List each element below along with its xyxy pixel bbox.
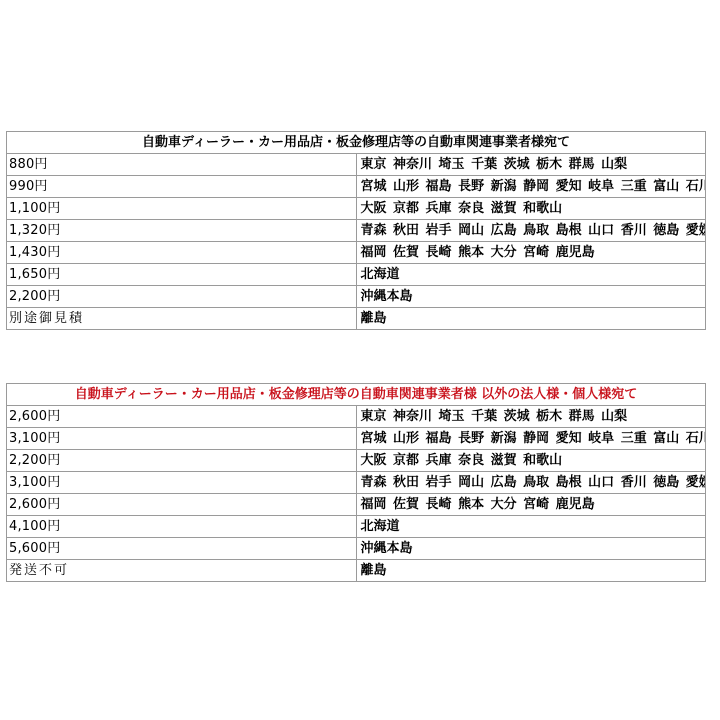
shipping-table-others: 自動車ディーラー・カー用品店・板金修理店等の自動車関連事業者様 以外の法人様・個… xyxy=(6,383,706,582)
region-list: 大阪 京都 兵庫 奈良 滋賀 和歌山 xyxy=(356,198,706,220)
shipping-price: 発送不可 xyxy=(7,560,357,582)
region-list: 青森 秋田 岩手 岡山 広島 鳥取 島根 山口 香川 徳島 愛媛 高知 xyxy=(356,220,706,242)
shipping-price: 990円 xyxy=(7,176,357,198)
shipping-price: 3,100円 xyxy=(7,428,357,450)
shipping-price: 別途御見積 xyxy=(7,308,357,330)
table-row: 1,320円 青森 秋田 岩手 岡山 広島 鳥取 島根 山口 香川 徳島 愛媛 … xyxy=(7,220,706,242)
region-list: 青森 秋田 岩手 岡山 広島 鳥取 島根 山口 香川 徳島 愛媛 高知 xyxy=(356,472,706,494)
region-list: 離島 xyxy=(356,308,706,330)
shipping-price: 880円 xyxy=(7,154,357,176)
table-title: 自動車ディーラー・カー用品店・板金修理店等の自動車関連事業者様宛て xyxy=(7,132,706,154)
shipping-price: 2,200円 xyxy=(7,286,357,308)
table-row: 2,200円 沖縄本島 xyxy=(7,286,706,308)
table-row: 2,600円 東京 神奈川 埼玉 千葉 茨城 栃木 群馬 山梨 xyxy=(7,406,706,428)
shipping-price: 1,430円 xyxy=(7,242,357,264)
shipping-price: 3,100円 xyxy=(7,472,357,494)
shipping-price: 1,100円 xyxy=(7,198,357,220)
region-list: 北海道 xyxy=(356,516,706,538)
table-row: 1,430円 福岡 佐賀 長崎 熊本 大分 宮崎 鹿児島 xyxy=(7,242,706,264)
region-list: 福岡 佐賀 長崎 熊本 大分 宮崎 鹿児島 xyxy=(356,242,706,264)
table-row: 4,100円 北海道 xyxy=(7,516,706,538)
table-row: 5,600円 沖縄本島 xyxy=(7,538,706,560)
table-title: 自動車ディーラー・カー用品店・板金修理店等の自動車関連事業者様 以外の法人様・個… xyxy=(7,384,706,406)
region-list: 北海道 xyxy=(356,264,706,286)
table-title-row: 自動車ディーラー・カー用品店・板金修理店等の自動車関連事業者様宛て xyxy=(7,132,706,154)
shipping-price: 2,600円 xyxy=(7,494,357,516)
shipping-price: 1,650円 xyxy=(7,264,357,286)
shipping-table-dealers: 自動車ディーラー・カー用品店・板金修理店等の自動車関連事業者様宛て 880円 東… xyxy=(6,131,706,330)
region-list: 沖縄本島 xyxy=(356,286,706,308)
table-row: 発送不可 離島 xyxy=(7,560,706,582)
table-row: 2,600円 福岡 佐賀 長崎 熊本 大分 宮崎 鹿児島 xyxy=(7,494,706,516)
table-row: 3,100円 青森 秋田 岩手 岡山 広島 鳥取 島根 山口 香川 徳島 愛媛 … xyxy=(7,472,706,494)
shipping-price: 2,600円 xyxy=(7,406,357,428)
table-row: 2,200円 大阪 京都 兵庫 奈良 滋賀 和歌山 xyxy=(7,450,706,472)
region-list: 福岡 佐賀 長崎 熊本 大分 宮崎 鹿児島 xyxy=(356,494,706,516)
shipping-price: 4,100円 xyxy=(7,516,357,538)
region-list: 大阪 京都 兵庫 奈良 滋賀 和歌山 xyxy=(356,450,706,472)
table-title-row: 自動車ディーラー・カー用品店・板金修理店等の自動車関連事業者様 以外の法人様・個… xyxy=(7,384,706,406)
table-row: 別途御見積 離島 xyxy=(7,308,706,330)
shipping-price: 2,200円 xyxy=(7,450,357,472)
region-list: 東京 神奈川 埼玉 千葉 茨城 栃木 群馬 山梨 xyxy=(356,406,706,428)
region-list: 離島 xyxy=(356,560,706,582)
table-row: 3,100円 宮城 山形 福島 長野 新潟 静岡 愛知 岐阜 三重 富山 石川 … xyxy=(7,428,706,450)
table-row: 990円 宮城 山形 福島 長野 新潟 静岡 愛知 岐阜 三重 富山 石川 福井 xyxy=(7,176,706,198)
region-list: 宮城 山形 福島 長野 新潟 静岡 愛知 岐阜 三重 富山 石川 福井 xyxy=(356,428,706,450)
table-row: 1,100円 大阪 京都 兵庫 奈良 滋賀 和歌山 xyxy=(7,198,706,220)
table-row: 1,650円 北海道 xyxy=(7,264,706,286)
region-list: 沖縄本島 xyxy=(356,538,706,560)
shipping-price: 1,320円 xyxy=(7,220,357,242)
region-list: 宮城 山形 福島 長野 新潟 静岡 愛知 岐阜 三重 富山 石川 福井 xyxy=(356,176,706,198)
table-row: 880円 東京 神奈川 埼玉 千葉 茨城 栃木 群馬 山梨 xyxy=(7,154,706,176)
region-list: 東京 神奈川 埼玉 千葉 茨城 栃木 群馬 山梨 xyxy=(356,154,706,176)
shipping-price: 5,600円 xyxy=(7,538,357,560)
